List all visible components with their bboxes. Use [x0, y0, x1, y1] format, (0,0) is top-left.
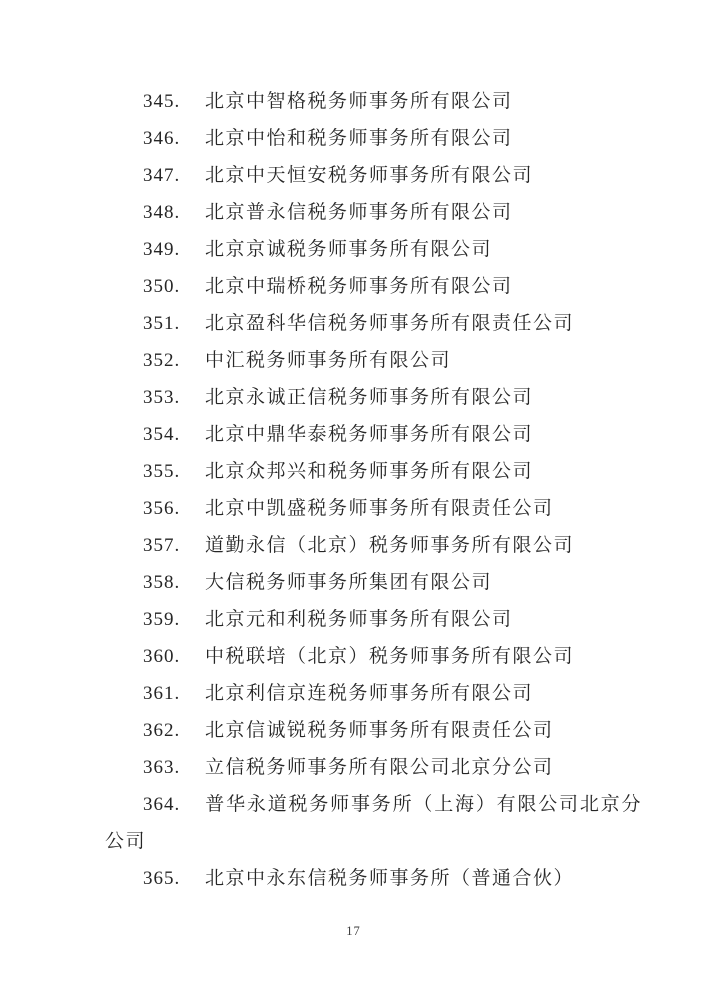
- list-item: 357.道勤永信（北京）税务师事务所有限公司: [105, 527, 642, 564]
- list-item: 353.北京永诚正信税务师事务所有限公司: [105, 379, 642, 416]
- page-footer: 17: [0, 922, 707, 940]
- firm-name: 北京利信京连税务师事务所有限公司: [205, 683, 533, 704]
- item-number: 352.: [143, 342, 205, 379]
- list-item: 364.普华永道税务师事务所（上海）有限公司北京分公司: [105, 786, 642, 860]
- item-number: 365.: [143, 860, 205, 897]
- list-item: 349.北京京诚税务师事务所有限公司: [105, 231, 642, 268]
- item-number: 350.: [143, 268, 205, 305]
- firm-name: 中汇税务师事务所有限公司: [205, 350, 451, 371]
- item-number: 357.: [143, 527, 205, 564]
- firm-name: 北京中智格税务师事务所有限公司: [205, 91, 513, 112]
- list-item: 346.北京中怡和税务师事务所有限公司: [105, 120, 642, 157]
- item-number: 364.: [143, 786, 205, 823]
- firm-name: 北京永诚正信税务师事务所有限公司: [205, 387, 533, 408]
- firm-name: 北京普永信税务师事务所有限公司: [205, 202, 513, 223]
- page-number: 17: [346, 924, 361, 938]
- firm-name: 北京元和利税务师事务所有限公司: [205, 609, 513, 630]
- list-item: 345.北京中智格税务师事务所有限公司: [105, 83, 642, 120]
- item-number: 348.: [143, 194, 205, 231]
- list-item: 361.北京利信京连税务师事务所有限公司: [105, 675, 642, 712]
- firm-name: 北京信诚锐税务师事务所有限责任公司: [205, 720, 554, 741]
- firm-name: 北京中瑞桥税务师事务所有限公司: [205, 276, 513, 297]
- list-item: 359.北京元和利税务师事务所有限公司: [105, 601, 642, 638]
- list-item: 352.中汇税务师事务所有限公司: [105, 342, 642, 379]
- list-item: 347.北京中天恒安税务师事务所有限公司: [105, 157, 642, 194]
- list-item: 356.北京中凯盛税务师事务所有限责任公司: [105, 490, 642, 527]
- firm-name: 北京众邦兴和税务师事务所有限公司: [205, 461, 533, 482]
- list-item: 350.北京中瑞桥税务师事务所有限公司: [105, 268, 642, 305]
- item-number: 354.: [143, 416, 205, 453]
- firm-name: 立信税务师事务所有限公司北京分公司: [205, 757, 554, 778]
- item-number: 359.: [143, 601, 205, 638]
- firm-name: 北京中天恒安税务师事务所有限公司: [205, 165, 533, 186]
- firm-list: 345.北京中智格税务师事务所有限公司 346.北京中怡和税务师事务所有限公司 …: [105, 83, 642, 897]
- document-page: 345.北京中智格税务师事务所有限公司 346.北京中怡和税务师事务所有限公司 …: [0, 0, 707, 999]
- item-number: 351.: [143, 305, 205, 342]
- list-item: 363.立信税务师事务所有限公司北京分公司: [105, 749, 642, 786]
- item-number: 361.: [143, 675, 205, 712]
- firm-name: 北京盈科华信税务师事务所有限责任公司: [205, 313, 574, 334]
- firm-name: 北京京诚税务师事务所有限公司: [205, 239, 492, 260]
- firm-name: 道勤永信（北京）税务师事务所有限公司: [205, 535, 574, 556]
- item-number: 346.: [143, 120, 205, 157]
- list-item: 365.北京中永东信税务师事务所（普通合伙）: [105, 860, 642, 897]
- item-number: 355.: [143, 453, 205, 490]
- item-number: 353.: [143, 379, 205, 416]
- list-item: 362.北京信诚锐税务师事务所有限责任公司: [105, 712, 642, 749]
- firm-name: 北京中怡和税务师事务所有限公司: [205, 128, 513, 149]
- item-number: 347.: [143, 157, 205, 194]
- firm-name: 大信税务师事务所集团有限公司: [205, 572, 492, 593]
- firm-name: 北京中鼎华泰税务师事务所有限公司: [205, 424, 533, 445]
- firm-name: 北京中凯盛税务师事务所有限责任公司: [205, 498, 554, 519]
- item-number: 356.: [143, 490, 205, 527]
- list-item: 355.北京众邦兴和税务师事务所有限公司: [105, 453, 642, 490]
- item-number: 349.: [143, 231, 205, 268]
- list-item: 354.北京中鼎华泰税务师事务所有限公司: [105, 416, 642, 453]
- item-number: 362.: [143, 712, 205, 749]
- list-item: 358.大信税务师事务所集团有限公司: [105, 564, 642, 601]
- item-number: 345.: [143, 83, 205, 120]
- list-item: 348.北京普永信税务师事务所有限公司: [105, 194, 642, 231]
- firm-name: 北京中永东信税务师事务所（普通合伙）: [205, 868, 574, 889]
- list-item: 351.北京盈科华信税务师事务所有限责任公司: [105, 305, 642, 342]
- firm-name: 中税联培（北京）税务师事务所有限公司: [205, 646, 574, 667]
- item-number: 358.: [143, 564, 205, 601]
- item-number: 360.: [143, 638, 205, 675]
- item-number: 363.: [143, 749, 205, 786]
- list-item: 360.中税联培（北京）税务师事务所有限公司: [105, 638, 642, 675]
